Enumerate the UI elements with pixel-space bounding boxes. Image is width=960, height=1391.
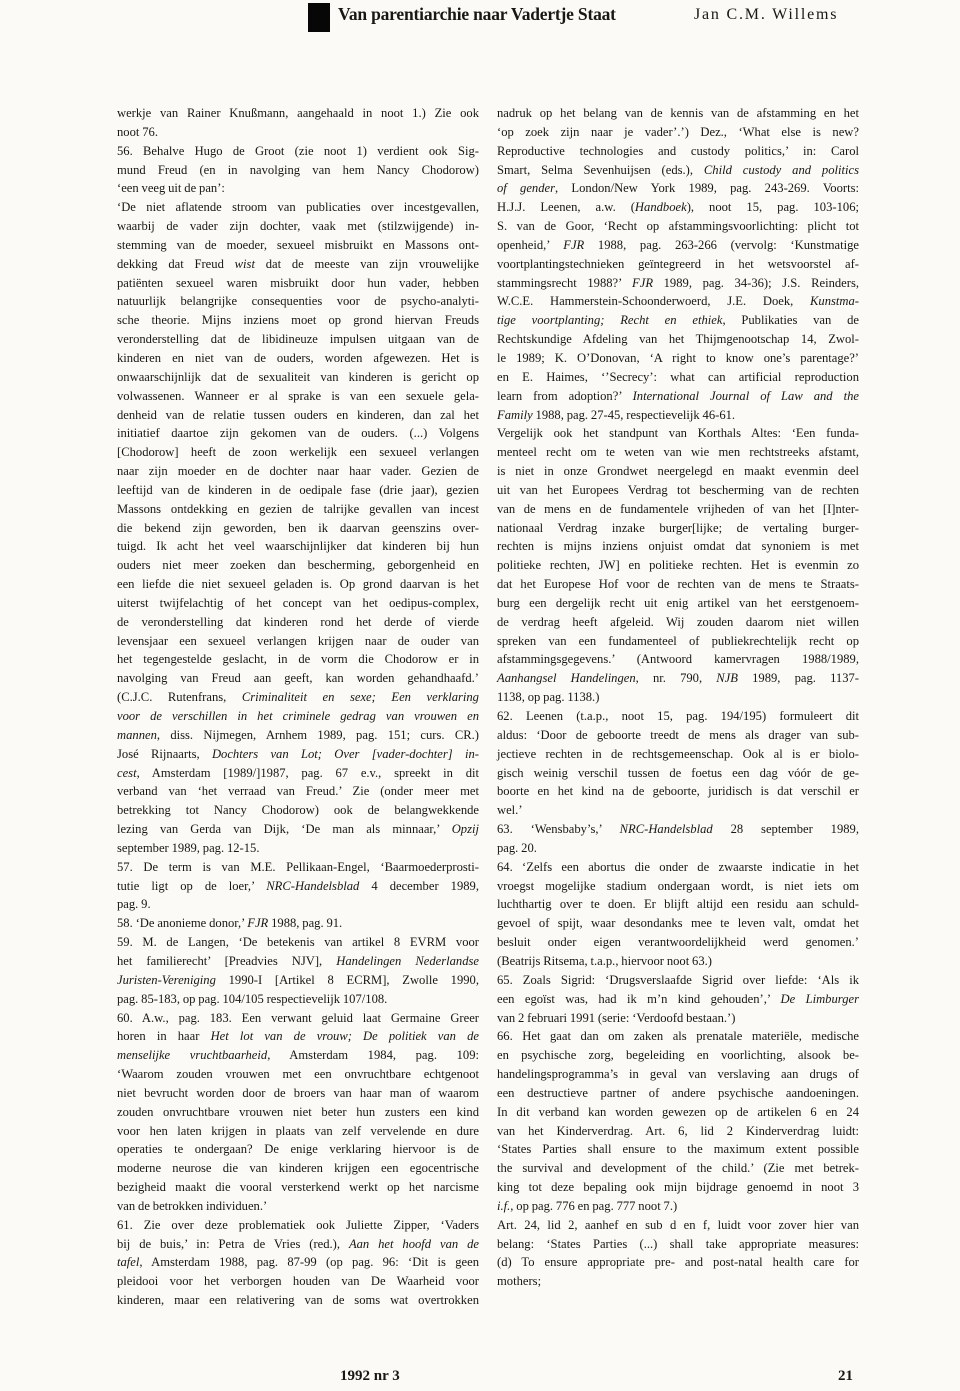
text-line: (C.J.C. Rutenfrans, Criminaliteit en sex… [117,688,479,707]
text-line: S. van de Goor, ‘Recht op afstammingsvoo… [497,217,859,236]
text-line: dat het Europese Hof voor de rechten van… [497,575,859,594]
text-line: Aanhangsel Handelingen, nr. 790, NJB 198… [497,669,859,688]
text-line: ‘States Parties shall ensure to the maxi… [497,1140,859,1159]
text-line: van de betrokken individuen.’ [117,1197,479,1216]
text-line: denheid van de relatie tussen ouders en … [117,406,479,425]
text-line: uiterst twijfelachtig of het concept van… [117,594,479,613]
text-line: voor de verschillen in het criminele ged… [117,707,479,726]
text-line: bij de buis,’ in: Petra de Vries (red.),… [117,1235,479,1254]
text-line: en psychische zorg, begeleiding en voorl… [497,1046,859,1065]
text-line: 60. A.w., pag. 183. Een verwant geluid l… [117,1009,479,1028]
text-line: ‘op zoek zijn naar je vader’.’) Dez., ‘W… [497,123,859,142]
text-line: king tot deze bepaling ook mijn bijdrage… [497,1178,859,1197]
text-line: 64. ‘Zelfs een abortus die onder de zwaa… [497,858,859,877]
footnotes-section: werkje van Rainer Knußmann, aangehaald i… [117,104,859,1344]
text-line: navolging van Freud aan geeft, kan worde… [117,669,479,688]
text-line: stemming van de moeder, sexueel misbruik… [117,236,479,255]
text-line: (Beatrijs Ritsema, t.a.p., hiervoor noot… [497,952,859,971]
text-line: In dit verband kan worden gewezen op de … [497,1103,859,1122]
page-header: Van parentiarchie naar Vadertje Staat Ja… [0,0,960,64]
text-line: is niet in onze Grondwet neergelegd en m… [497,462,859,481]
text-line: pag. 85-183, op pag. 104/105 respectieve… [117,990,479,1009]
text-line: Smart, Selma Sevenhuijsen (eds.), Child … [497,161,859,180]
text-line: werkje van Rainer Knußmann, aangehaald i… [117,104,479,123]
text-line: patiënten sexueel waren misbruikt door h… [117,274,479,293]
text-line: voor hen laten krijgen in plaats van zel… [117,1122,479,1141]
text-line: natuurlijk belangrijke consequenties voo… [117,292,479,311]
text-line: de verdrag heeft afgeleid. Wij zouden da… [497,613,859,632]
text-line: horen in haar Het lot van de vrouw; De p… [117,1027,479,1046]
text-line: levensjaar een sexueel verlangen krijgen… [117,632,479,651]
text-line: menselijke vruchtbaarheid, Amsterdam 198… [117,1046,479,1065]
text-line: nationaal Verdrag inzake burger[lijke; d… [497,519,859,538]
text-line: kinderen en niet van de ouders, worden a… [117,349,479,368]
text-line: tige voortplanting; Recht en ethiek, Pub… [497,311,859,330]
text-line: ‘een veeg uit de pan’: [117,179,479,198]
text-line: betrekking tot Nancy Chodorow) ook de be… [117,801,479,820]
text-line: 57. De term is van M.E. Pellikaan-Engel,… [117,858,479,877]
text-line: 56. Behalve Hugo de Groot (zie noot 1) v… [117,142,479,161]
text-line: H.J.J. Leenen, a.w. (Handboek), noot 15,… [497,198,859,217]
text-line: Massons ontdekking en gezien de talrijke… [117,500,479,519]
text-line: moderne neurose die van kinderen krijgen… [117,1159,479,1178]
text-line: menteel recht om te weten van wie men re… [497,443,859,462]
text-line: José Rijnaarts, Dochters van Lot; Over [… [117,745,479,764]
text-line: politieke rechten, JW] en politieke rech… [497,556,859,575]
text-line: the survival and development of the chil… [497,1159,859,1178]
page-number: 21 [809,1368,853,1385]
text-line: gevoel of spijt, waar desondanks mee te … [497,914,859,933]
text-line: ‘Waarom zouden vrouwen met een onvruchtb… [117,1065,479,1084]
text-line: ouders niet meer zoeken dan bescherming,… [117,556,479,575]
text-line: stammingsrecht 1988?’ FJR 1989, pag. 34-… [497,274,859,293]
text-line: september 1989, pag. 12-15. [117,839,479,858]
text-line: waarbij de vader zijn dochter, vaak met … [117,217,479,236]
text-line: openheid,’ FJR 1988, pag. 263-266 (vervo… [497,236,859,255]
text-line: een liefde die niet sexueel geladen is. … [117,575,479,594]
text-line: 62. Leenen (t.a.p., noot 15, pag. 194/19… [497,707,859,726]
text-line: voortplantingstechnieken geïntegreerd in… [497,255,859,274]
text-line: le 1989; K. O’Donovan, ‘A right to know … [497,349,859,368]
text-line: 65. Zoals Sigrid: ‘Drugsverslaafde Sigri… [497,971,859,990]
text-line: die bekend zijn geworden, ben ik daarvan… [117,519,479,538]
text-line: en E. Haimes, ‘’Secrecy’: what can artif… [497,368,859,387]
text-line: een egoïst was, had ik m’n kind gehouden… [497,990,859,1009]
text-line: besluit onder eigen verantwoordelijkheid… [497,933,859,952]
text-line: of gender, London/New York 1989, pag. 24… [497,179,859,198]
text-line: ‘De niet aflatende stroom van publicatie… [117,198,479,217]
text-line: van het Kinderverdrag. Art. 6, lid 2 Kin… [497,1122,859,1141]
text-line: afstammingsgegevens.’ (Antwoord kamervra… [497,650,859,669]
text-line: de veronderstelling dat kinderen rond he… [117,613,479,632]
text-line: tutie ligt op de loer,’ NRC-Handelsblad … [117,877,479,896]
text-line: 59. M. de Langen, ‘De betekenis van arti… [117,933,479,952]
journal-page: Van parentiarchie naar Vadertje Staat Ja… [0,0,960,1391]
text-line: initiatief daartoe zijn gekomen van de o… [117,424,479,443]
text-line: mund Freud (en in navolging van hem Nanc… [117,161,479,180]
text-line: mothers; [497,1272,859,1291]
text-line: nadruk op het belang van de kennis van d… [497,104,859,123]
text-line: mannen, diss. Nijmegen, Arnhem 1989, pag… [117,726,479,745]
text-line: luchthartig over te doen. Er blijft alti… [497,895,859,914]
text-line: pleidooi voor het verborgen houden van D… [117,1272,479,1291]
footnotes-column-right: nadruk op het belang van de kennis van d… [497,104,859,1291]
text-line: W.C.E. Hammerstein-Schoonderwoerd, J.E. … [497,292,859,311]
text-line: Juristen-Vereniging 1990-I [Artikel 8 EC… [117,971,479,990]
text-line: kinderen, maar een relativering van de s… [117,1291,479,1310]
text-line: het familierecht’ [Preadvies NJV], Hande… [117,952,479,971]
text-line: 66. Het gaat dan om zaken als prenatale … [497,1027,859,1046]
text-line: niet bevrucht worden door de broers van … [117,1084,479,1103]
footnotes-column-left: werkje van Rainer Knußmann, aangehaald i… [117,104,479,1310]
text-line: (d) To ensure appropriate pre- and post-… [497,1253,859,1272]
text-line: zouden onvruchtbare vrouwen niet beter h… [117,1103,479,1122]
text-line: lezing van Gerda van Dijk, ‘De man als m… [117,820,479,839]
text-line: volwassenen. Wanneer er al sprake is van… [117,387,479,406]
text-line: Rechtskundige Afdeling van het Thijmgeno… [497,330,859,349]
text-line: operaties te ondergaan? De enige verklar… [117,1140,479,1159]
section-marker-icon [308,3,330,32]
text-line: onwaarschijnlijk dat de sexualiteit van … [117,368,479,387]
text-line: Family 1988, pag. 27-45, respectievelijk… [497,406,859,425]
text-line: jectieve rechten in de rechtsgemeenschap… [497,745,859,764]
text-line: verband van ‘het verraad van Freud.’ Zie… [117,782,479,801]
text-line: gisch weinig verschil tussen de foetus e… [497,764,859,783]
text-line: het tegengestelde geslacht, in de vorm d… [117,650,479,669]
text-line: een destructieve partner of andere psych… [497,1084,859,1103]
text-line: pag. 20. [497,839,859,858]
text-line: vroegst mogelijke stadium ondergaan word… [497,877,859,896]
article-author: Jan C.M. Willems [694,6,838,24]
text-line: learn from adoption?’ International Jour… [497,387,859,406]
text-line: bezigheid maakt die vooral versterkend w… [117,1178,479,1197]
text-line: belang: ‘States Parties (...) shall take… [497,1235,859,1254]
text-line: [Chodorow] heeft de zoon werkelijk een s… [117,443,479,462]
text-line: spreken van een fundamenteel of publiekr… [497,632,859,651]
text-line: dekking dat Freud wist dat de meeste van… [117,255,479,274]
text-line: handelingsprogramma’s in geval van versl… [497,1065,859,1084]
article-title: Van parentiarchie naar Vadertje Staat [338,4,616,25]
text-line: noot 76. [117,123,479,142]
text-line: tafel, Amsterdam 1988, pag. 87-99 (op pa… [117,1253,479,1272]
text-line: burg een dergelijk recht uit enig artike… [497,594,859,613]
text-line: boorte en het kind na de geboorte, jurid… [497,782,859,801]
text-line: leeftijd van de kinderen in de oedipale … [117,481,479,500]
text-line: aldus: ‘Door de geboorte treedt de mens … [497,726,859,745]
text-line: sche theorie. Mijns inziens moet op gron… [117,311,479,330]
text-line: 1138, op pag. 1138.) [497,688,859,707]
text-line: 58. ‘De anonieme donor,’ FJR 1988, pag. … [117,914,479,933]
text-line: cest, Amsterdam [1989/]1987, pag. 67 e.v… [117,764,479,783]
text-line: pag. 9. [117,895,479,914]
text-line: i.f., op pag. 776 en pag. 777 noot 7.) [497,1197,859,1216]
text-line: naar zijn moeder en de dochter naar haar… [117,462,479,481]
text-line: wel.’ [497,801,859,820]
text-line: 61. Zie over deze problematiek ook Julie… [117,1216,479,1235]
text-line: Vergelijk ook het standpunt van Korthals… [497,424,859,443]
journal-issue: 1992 nr 3 [340,1368,400,1385]
text-line: rechten is mijns inziens onjuist omdat d… [497,537,859,556]
page-footer: 1992 nr 3 21 [0,1368,960,1390]
text-line: veronderstelling dat de libidineuze impu… [117,330,479,349]
text-line: van 2 februari 1991 (serie: ‘Verdoofd be… [497,1009,859,1028]
text-line: tuigd. Ik acht het veel waarschijnlijker… [117,537,479,556]
text-line: Art. 24, lid 2, aanhef en sub d en f, lu… [497,1216,859,1235]
text-line: 63. ‘Wensbaby’s,’ NRC-Handelsblad 28 sep… [497,820,859,839]
text-line: van de mens en de fundamentele vrijheden… [497,500,859,519]
text-line: uit van het Europees Verdrag tot bescher… [497,481,859,500]
text-line: Reproductive technologies and custody po… [497,142,859,161]
